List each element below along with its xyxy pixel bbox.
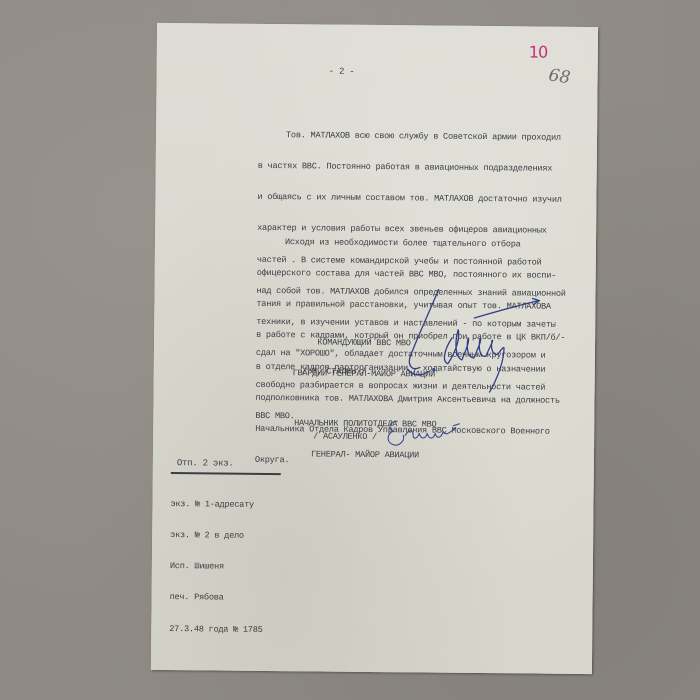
document-page: 10 68 - 2 - Тов. МАТЛАХОВ всю свою служб…	[151, 23, 598, 674]
text-line: и общаясь с их личным составом тов. МАТЛ…	[257, 192, 566, 205]
distribution-line: экз. № 2 в дело	[170, 530, 263, 541]
text-line: офицерского состава для частей ВВС МВО, …	[257, 268, 566, 281]
distribution-list: экз. № 1-адресату экз. № 2 в дело Исп. Ш…	[169, 478, 264, 656]
copies-underline	[171, 472, 281, 475]
commander-signature-icon	[404, 287, 545, 398]
political-head-name: / АСАУЛЕНКО /	[313, 431, 377, 442]
distribution-line: Исп. Шишеня	[170, 561, 263, 572]
distribution-line: экз. № 1-адресату	[170, 499, 263, 510]
distribution-line: 27.3.48 года № 1785	[169, 624, 262, 635]
distribution-line: печ. Рябова	[170, 593, 263, 604]
text-line: Исходя из необходимости более тщательног…	[257, 237, 566, 250]
political-head-signature-icon	[383, 415, 463, 452]
text-line: Тов. МАТЛАХОВ всю свою службу в Советско…	[258, 130, 567, 143]
commander-name: / В. СТАЛИН /	[302, 366, 366, 377]
copies-heading: Отп. 2 экз.	[177, 458, 234, 469]
archive-number-pencil: 68	[547, 65, 571, 88]
text-line: в частях ВВС. Постоянно работая в авиаци…	[258, 161, 567, 174]
archive-number-red: 10	[529, 42, 548, 61]
page-number: - 2 -	[329, 67, 355, 78]
